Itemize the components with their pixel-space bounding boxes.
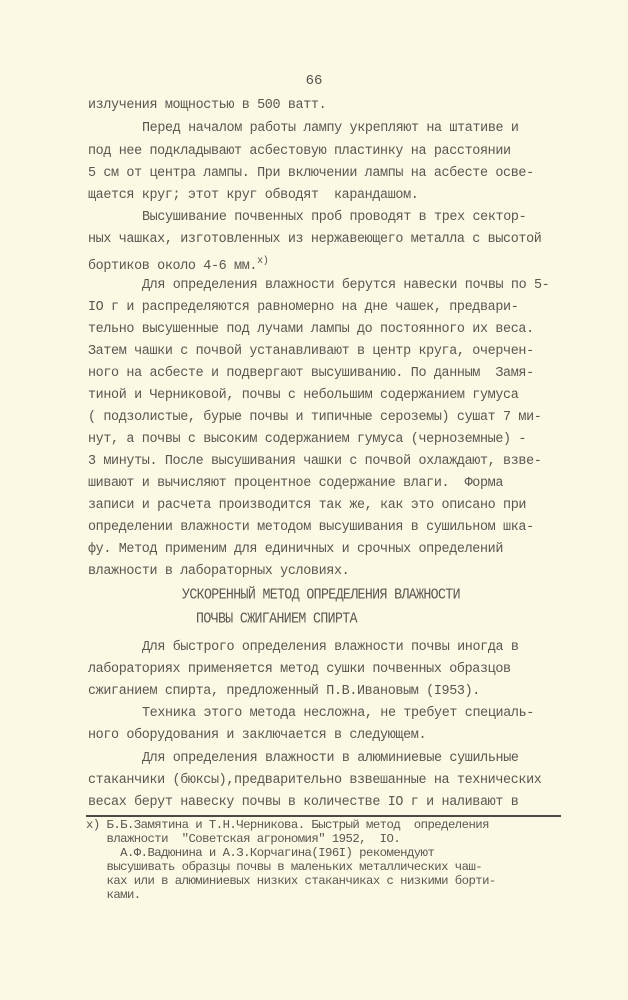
heading-line: ПОЧВЫ СЖИГАНИЕМ СПИРТА	[196, 610, 357, 627]
footnote-line: ках или в алюминиевых низких стаканчиках…	[86, 874, 496, 888]
text-line: Высушивание почвенных проб проводят в тр…	[142, 208, 526, 228]
footnote-line: высушивать образцы почвы в маленьких мет…	[86, 860, 482, 874]
text-line: Затем чашки с почвой устанавливают в цен…	[88, 342, 534, 362]
text-line: сжиганием спирта, предложенный П.В.Ивано…	[88, 682, 480, 702]
text-line: щается круг; этот круг обводят карандашо…	[88, 186, 419, 206]
text-line: излучения мощностью в 500 ватт.	[88, 96, 326, 116]
footnote-separator	[86, 815, 561, 817]
text-line: стаканчики (бюксы),предварительно взвеша…	[88, 771, 541, 791]
text-line: нут, а почвы с высоким содержанием гумус…	[88, 430, 526, 450]
text-line: 3 минуты. После высушивания чашки с почв…	[88, 452, 541, 472]
footnote-line: влажности "Советская агрономия" 1952, IO…	[86, 832, 400, 846]
text-line: 5 см от центра лампы. При включении ламп…	[88, 164, 534, 184]
footnote-line: x) Б.Б.Замятина и Т.Н.Черникова. Быстрый…	[86, 818, 489, 832]
text-line: ного на асбесте и подвергают высушиванию…	[88, 364, 534, 384]
text-line: ных чашках, изготовленных из нержавеющег…	[88, 230, 541, 250]
text-line: ного оборудования и заключается в следую…	[88, 726, 426, 746]
text-line: Перед началом работы лампу укрепляют на …	[142, 119, 519, 139]
text-line: Для определения влажности берутся навеск…	[142, 276, 549, 296]
text-line: Для определения влажности в алюминиевые …	[142, 749, 519, 769]
text-line: тиной и Черниковой, почвы с небольшим со…	[88, 386, 518, 406]
text-line: ( подзолистые, бурые почвы и типичные се…	[88, 408, 541, 428]
footnote-marker: x)	[257, 256, 268, 267]
text-line: тельно высушенные под лучами лампы до по…	[88, 320, 534, 340]
text-line: влажности в лабораторных условиях.	[88, 562, 349, 582]
text-line: IO г и распределяются равномерно на дне …	[88, 298, 518, 318]
text-line: бортиков около 4-6 мм.x)	[88, 252, 268, 277]
text-line: Техника этого метода несложна, не требуе…	[142, 704, 534, 724]
text-line: записи и расчета производится так же, ка…	[88, 496, 526, 516]
page-number: 66	[0, 73, 628, 89]
text-line: фу. Метод применим для единичных и срочн…	[88, 540, 503, 560]
text-fragment: бортиков около 4-6 мм.	[88, 259, 257, 274]
footnote-line: А.Ф.Вадюнина и А.З.Корчагина(I96I) реком…	[86, 846, 434, 860]
text-line: шивают и вычисляют процентное содержание…	[88, 474, 503, 494]
text-line: лабораториях применяется метод сушки поч…	[88, 660, 511, 680]
heading-line: УСКОРЕННЫЙ МЕТОД ОПРЕДЕЛЕНИЯ ВЛАЖНОСТИ	[182, 586, 460, 603]
text-line: весах берут навеску почвы в количестве I…	[88, 793, 518, 813]
text-line: определении влажности методом высушивани…	[88, 518, 534, 538]
text-line: под нее подкладывают асбестовую пластинк…	[88, 142, 511, 162]
footnote-line: ками.	[86, 888, 141, 902]
text-line: Для быстрого определения влажности почвы…	[142, 638, 519, 658]
